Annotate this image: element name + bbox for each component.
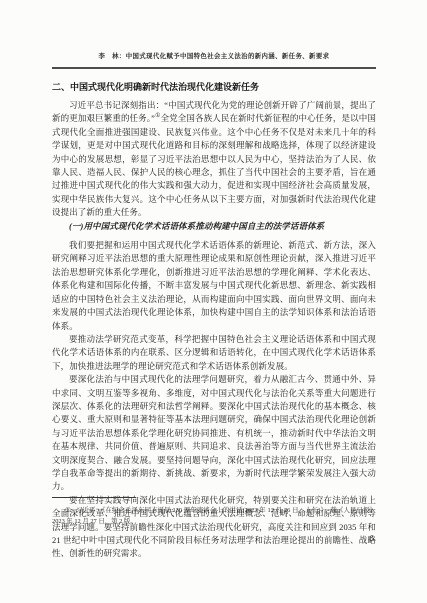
paragraph-1: 习近平总书记深刻指出：“中国式现代化为党的理论创新开辟了广阔前景，提出了新的更加…	[52, 99, 376, 220]
section-heading: 二、中国式现代化明确新时代法治现代化建设新任务	[52, 82, 376, 93]
footnote-text: 习近平：《在纪念毛泽东同志诞辰 130 周年座谈会上的讲话(2023 年 12 …	[52, 507, 376, 525]
page-number: 5	[52, 534, 376, 543]
journal-page: 李 林：中国式现代化赋予中国特色社会主义法治的新内涵、新任务、新要求 二、中国式…	[0, 0, 427, 603]
footnote-marker: ①	[65, 507, 71, 514]
paragraph-4: 要深化法治与中国式现代化的法理学问题研究，着力从融汇古今、贯通中外、异中求同、文…	[52, 373, 376, 494]
paragraph-3: 要推动法学研究范式变革，科学把握中国特色社会主义理论话语体系和中国式现代化学术话…	[52, 333, 376, 373]
page-content: 李 林：中国式现代化赋予中国特色社会主义法治的新内涵、新任务、新要求 二、中国式…	[52, 53, 376, 561]
running-header: 李 林：中国式现代化赋予中国特色社会主义法治的新内涵、新任务、新要求	[52, 53, 376, 61]
page-footer: ①习近平：《在纪念毛泽东同志诞辰 130 周年座谈会上的讲话(2023 年 12…	[52, 497, 376, 543]
footnote-separator-rule	[52, 497, 136, 498]
paragraph-1-text-after-note: 全党全国各族人民在新时代新征程的中心任务，是以中国式现代化全面推进强国建设、民族…	[52, 113, 376, 217]
footnote: ①习近平：《在纪念毛泽东同志诞辰 130 周年座谈会上的讲话(2023 年 12…	[52, 505, 376, 527]
header-rule	[52, 67, 376, 69]
paragraph-2: 我们要把握和运用中国式现代化学术话语体系的新理论、新范式、新方法，深入研究阐释习…	[52, 239, 376, 333]
subsection-heading: (一)用中国式现代化学术话语体系推动构建中国自主的法学话语体系	[52, 220, 376, 233]
